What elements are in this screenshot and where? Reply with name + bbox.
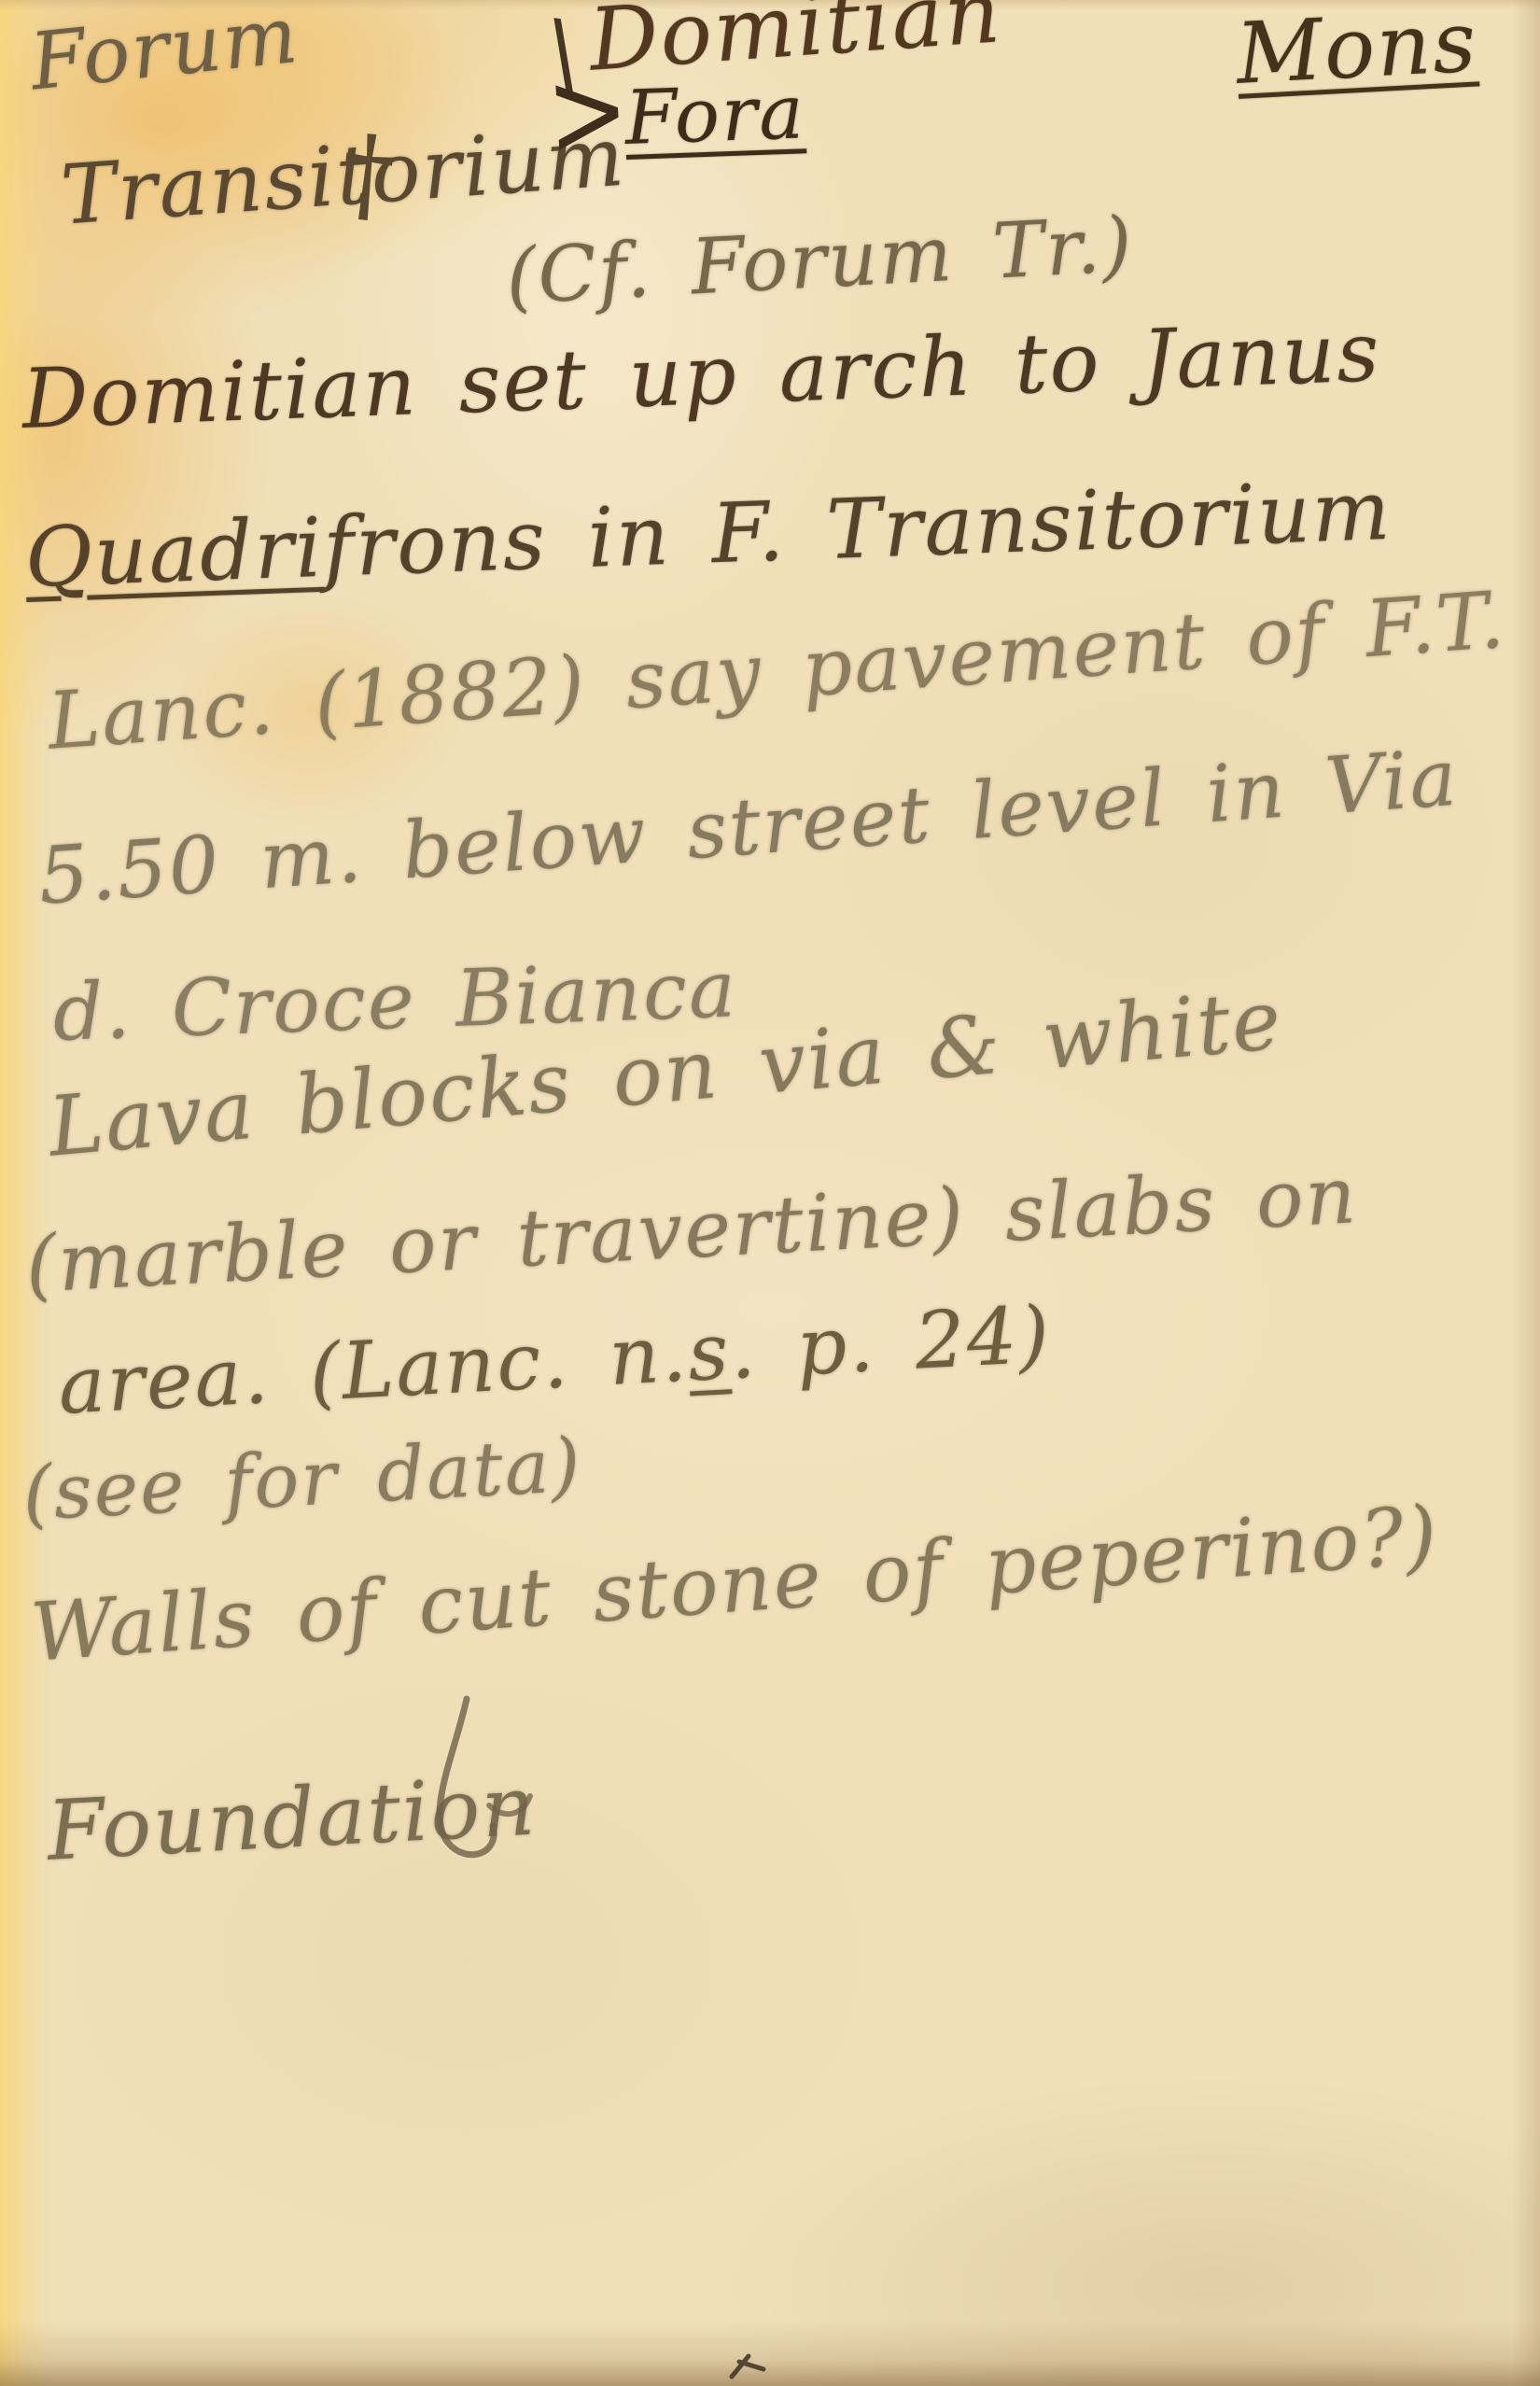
body-line-area-citation: area. (Lanc. n.s. p. 24) bbox=[56, 1288, 1053, 1432]
inserted-word-fora: Fora bbox=[623, 68, 806, 161]
header-word-mons: Mons bbox=[1234, 0, 1480, 104]
body-line-lanciani-pavement: Lanc. (1882) say pavement of F.T. bbox=[45, 574, 1508, 767]
line-segment: area. (Lanc. n. bbox=[56, 1308, 691, 1432]
body-line-quadrifrons: Quadrifrons in F. Transitorium bbox=[23, 462, 1393, 606]
body-line-arch: Domitian set up arch to Janus bbox=[21, 303, 1382, 447]
subject-word-forum: Forum bbox=[26, 0, 303, 107]
cross-reference: (Cf. Forum Tr.) bbox=[504, 201, 1136, 322]
insertion-caret-mark: > bbox=[543, 36, 632, 186]
underlined-segment: Quadri bbox=[23, 499, 325, 606]
body-line-street-level: 5.50 m. below street level in Via bbox=[35, 732, 1461, 922]
body-line-see-for-data: (see for data) bbox=[21, 1422, 584, 1537]
pencil-flourish-mark bbox=[399, 1695, 539, 1876]
body-line-marble-travertine: (marble or travertine) slabs on bbox=[23, 1149, 1360, 1311]
line-segment: frons in F. Transitorium bbox=[322, 462, 1393, 596]
stray-bottom-mark bbox=[726, 2349, 782, 2386]
line-segment: . p. 24) bbox=[728, 1288, 1054, 1397]
underlined-segment: s bbox=[685, 1305, 732, 1398]
index-card: Forum Transitorium Domitian Fora Mons (C… bbox=[0, 0, 1540, 2386]
